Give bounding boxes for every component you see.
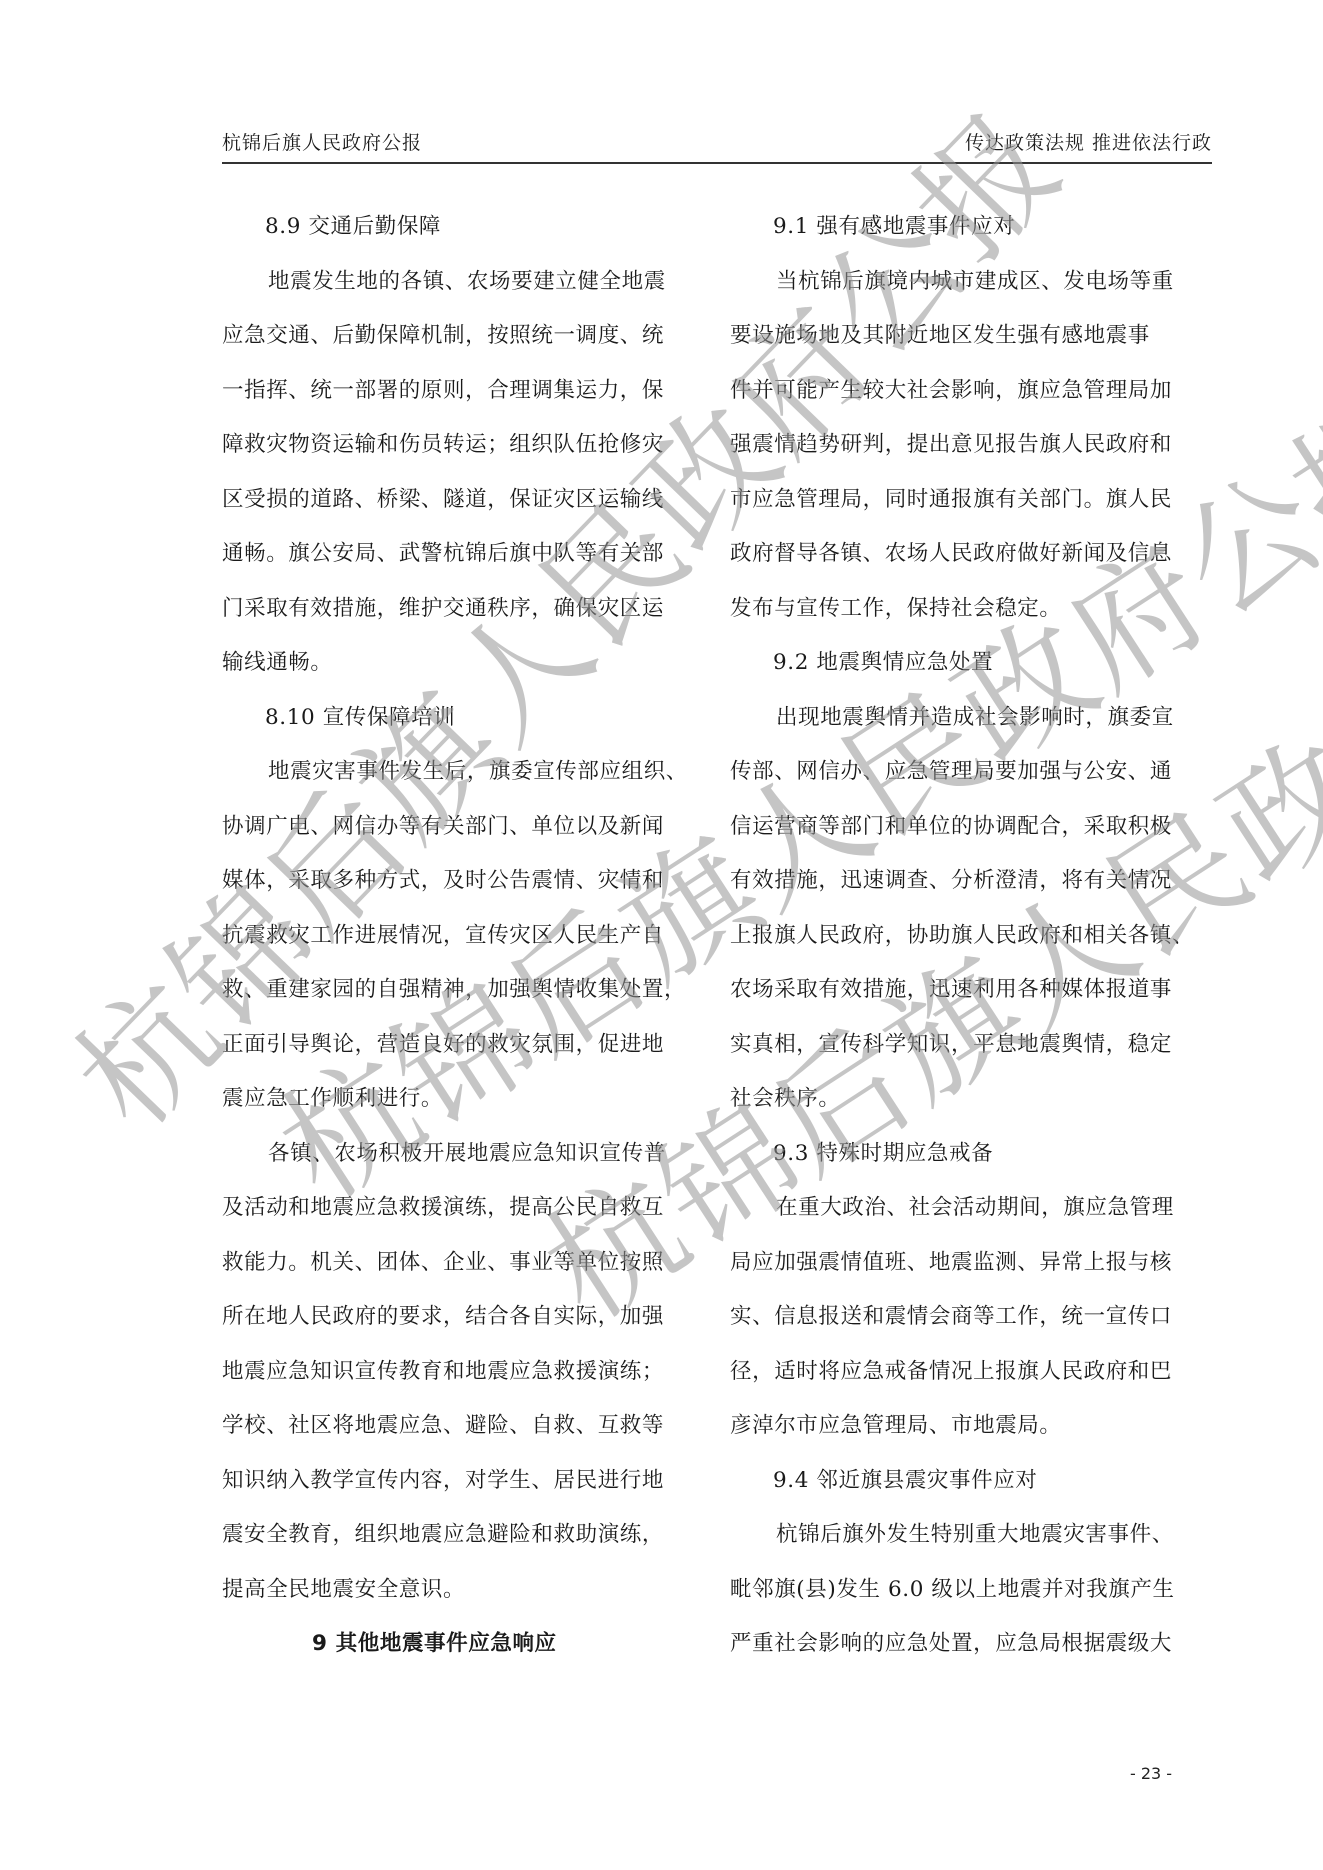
paragraph-line: 震安全教育，组织地震应急避险和救助演练， — [222, 1508, 690, 1563]
paragraph-line: 当杭锦后旗境内城市建成区、发电场等重 — [730, 255, 1205, 310]
paragraph-line: 彦淖尔市应急管理局、市地震局。 — [730, 1399, 1205, 1454]
paragraph-line: 严重社会影响的应急处置，应急局根据震级大 — [730, 1617, 1205, 1672]
paragraph-line: 媒体，采取多种方式，及时公告震情、灾情和 — [222, 854, 690, 909]
paragraph-line: 地震应急知识宣传教育和地震应急救援演练； — [222, 1345, 690, 1400]
paragraph-line: 一指挥、统一部署的原则，合理调集运力，保 — [222, 364, 690, 419]
paragraph-line: 通畅。旗公安局、武警杭锦后旗中队等有关部 — [222, 527, 690, 582]
paragraph-line: 信运营商等部门和单位的协调配合，采取积极 — [730, 800, 1205, 855]
paragraph-line: 及活动和地震应急救援演练，提高公民自救互 — [222, 1181, 690, 1236]
paragraph-line: 正面引导舆论，营造良好的救灾氛围，促进地 — [222, 1018, 690, 1073]
paragraph-line: 实、信息报送和震情会商等工作，统一宣传口 — [730, 1290, 1205, 1345]
right-column: 9.1 强有感地震事件应对当杭锦后旗境内城市建成区、发电场等重要设施场地及其附近… — [730, 200, 1205, 1672]
paragraph-line: 所在地人民政府的要求，结合各自实际，加强 — [222, 1290, 690, 1345]
section-heading: 9.3 特殊时期应急戒备 — [730, 1127, 1205, 1182]
paragraph-line: 毗邻旗(县)发生 6.0 级以上地震并对我旗产生 — [730, 1563, 1205, 1618]
section-heading: 9.2 地震舆情应急处置 — [730, 636, 1205, 691]
page-number: - 23 - — [1130, 1764, 1172, 1783]
section-heading: 9 其他地震事件应急响应 — [222, 1617, 690, 1672]
paragraph-line: 各镇、农场积极开展地震应急知识宣传普 — [222, 1127, 690, 1182]
paragraph-line: 门采取有效措施，维护交通秩序，确保灾区运 — [222, 582, 690, 637]
paragraph-line: 协调广电、网信办等有关部门、单位以及新闻 — [222, 800, 690, 855]
paragraph-line: 地震发生地的各镇、农场要建立健全地震 — [222, 255, 690, 310]
paragraph-line: 障救灾物资运输和伤员转运；组织队伍抢修灾 — [222, 418, 690, 473]
paragraph-line: 发布与宣传工作，保持社会稳定。 — [730, 582, 1205, 637]
paragraph-line: 输线通畅。 — [222, 636, 690, 691]
section-heading: 9.1 强有感地震事件应对 — [730, 200, 1205, 255]
paragraph-line: 农场采取有效措施，迅速利用各种媒体报道事 — [730, 963, 1205, 1018]
paragraph-line: 实真相，宣传科学知识，平息地震舆情，稳定 — [730, 1018, 1205, 1073]
paragraph-line: 杭锦后旗外发生特别重大地震灾害事件、 — [730, 1508, 1205, 1563]
paragraph-line: 提高全民地震安全意识。 — [222, 1563, 690, 1618]
left-column: 8.9 交通后勤保障地震发生地的各镇、农场要建立健全地震应急交通、后勤保障机制，… — [222, 200, 690, 1672]
paragraph-line: 局应加强震情值班、地震监测、异常上报与核 — [730, 1236, 1205, 1291]
paragraph-line: 出现地震舆情并造成社会影响时，旗委宣 — [730, 691, 1205, 746]
section-heading: 8.10 宣传保障培训 — [222, 691, 690, 746]
paragraph-line: 抗震救灾工作进展情况，宣传灾区人民生产自 — [222, 909, 690, 964]
paragraph-line: 有效措施，迅速调查、分析澄清，将有关情况 — [730, 854, 1205, 909]
publication-title: 杭锦后旗人民政府公报 — [222, 128, 422, 155]
paragraph-line: 径，适时将应急戒备情况上报旗人民政府和巴 — [730, 1345, 1205, 1400]
paragraph-line: 地震灾害事件发生后，旗委宣传部应组织、 — [222, 745, 690, 800]
paragraph-line: 要设施场地及其附近地区发生强有感地震事 — [730, 309, 1205, 364]
paragraph-line: 救能力。机关、团体、企业、事业等单位按照 — [222, 1236, 690, 1291]
paragraph-line: 社会秩序。 — [730, 1072, 1205, 1127]
paragraph-line: 区受损的道路、桥梁、隧道，保证灾区运输线 — [222, 473, 690, 528]
paragraph-line: 件并可能产生较大社会影响，旗应急管理局加 — [730, 364, 1205, 419]
header-slogan: 传达政策法规 推进依法行政 — [965, 128, 1212, 155]
paragraph-line: 震应急工作顺利进行。 — [222, 1072, 690, 1127]
paragraph-line: 上报旗人民政府，协助旗人民政府和相关各镇、 — [730, 909, 1205, 964]
section-heading: 9.4 邻近旗县震灾事件应对 — [730, 1454, 1205, 1509]
paragraph-line: 救、重建家园的自强精神，加强舆情收集处置， — [222, 963, 690, 1018]
paragraph-line: 传部、网信办、应急管理局要加强与公安、通 — [730, 745, 1205, 800]
paragraph-line: 学校、社区将地震应急、避险、自救、互救等 — [222, 1399, 690, 1454]
paragraph-line: 知识纳入教学宣传内容，对学生、居民进行地 — [222, 1454, 690, 1509]
paragraph-line: 强震情趋势研判，提出意见报告旗人民政府和 — [730, 418, 1205, 473]
paragraph-line: 在重大政治、社会活动期间，旗应急管理 — [730, 1181, 1205, 1236]
paragraph-line: 应急交通、后勤保障机制，按照统一调度、统 — [222, 309, 690, 364]
section-heading: 8.9 交通后勤保障 — [222, 200, 690, 255]
paragraph-line: 市应急管理局，同时通报旗有关部门。旗人民 — [730, 473, 1205, 528]
paragraph-line: 政府督导各镇、农场人民政府做好新闻及信息 — [730, 527, 1205, 582]
page-header: 杭锦后旗人民政府公报 传达政策法规 推进依法行政 — [222, 128, 1212, 164]
